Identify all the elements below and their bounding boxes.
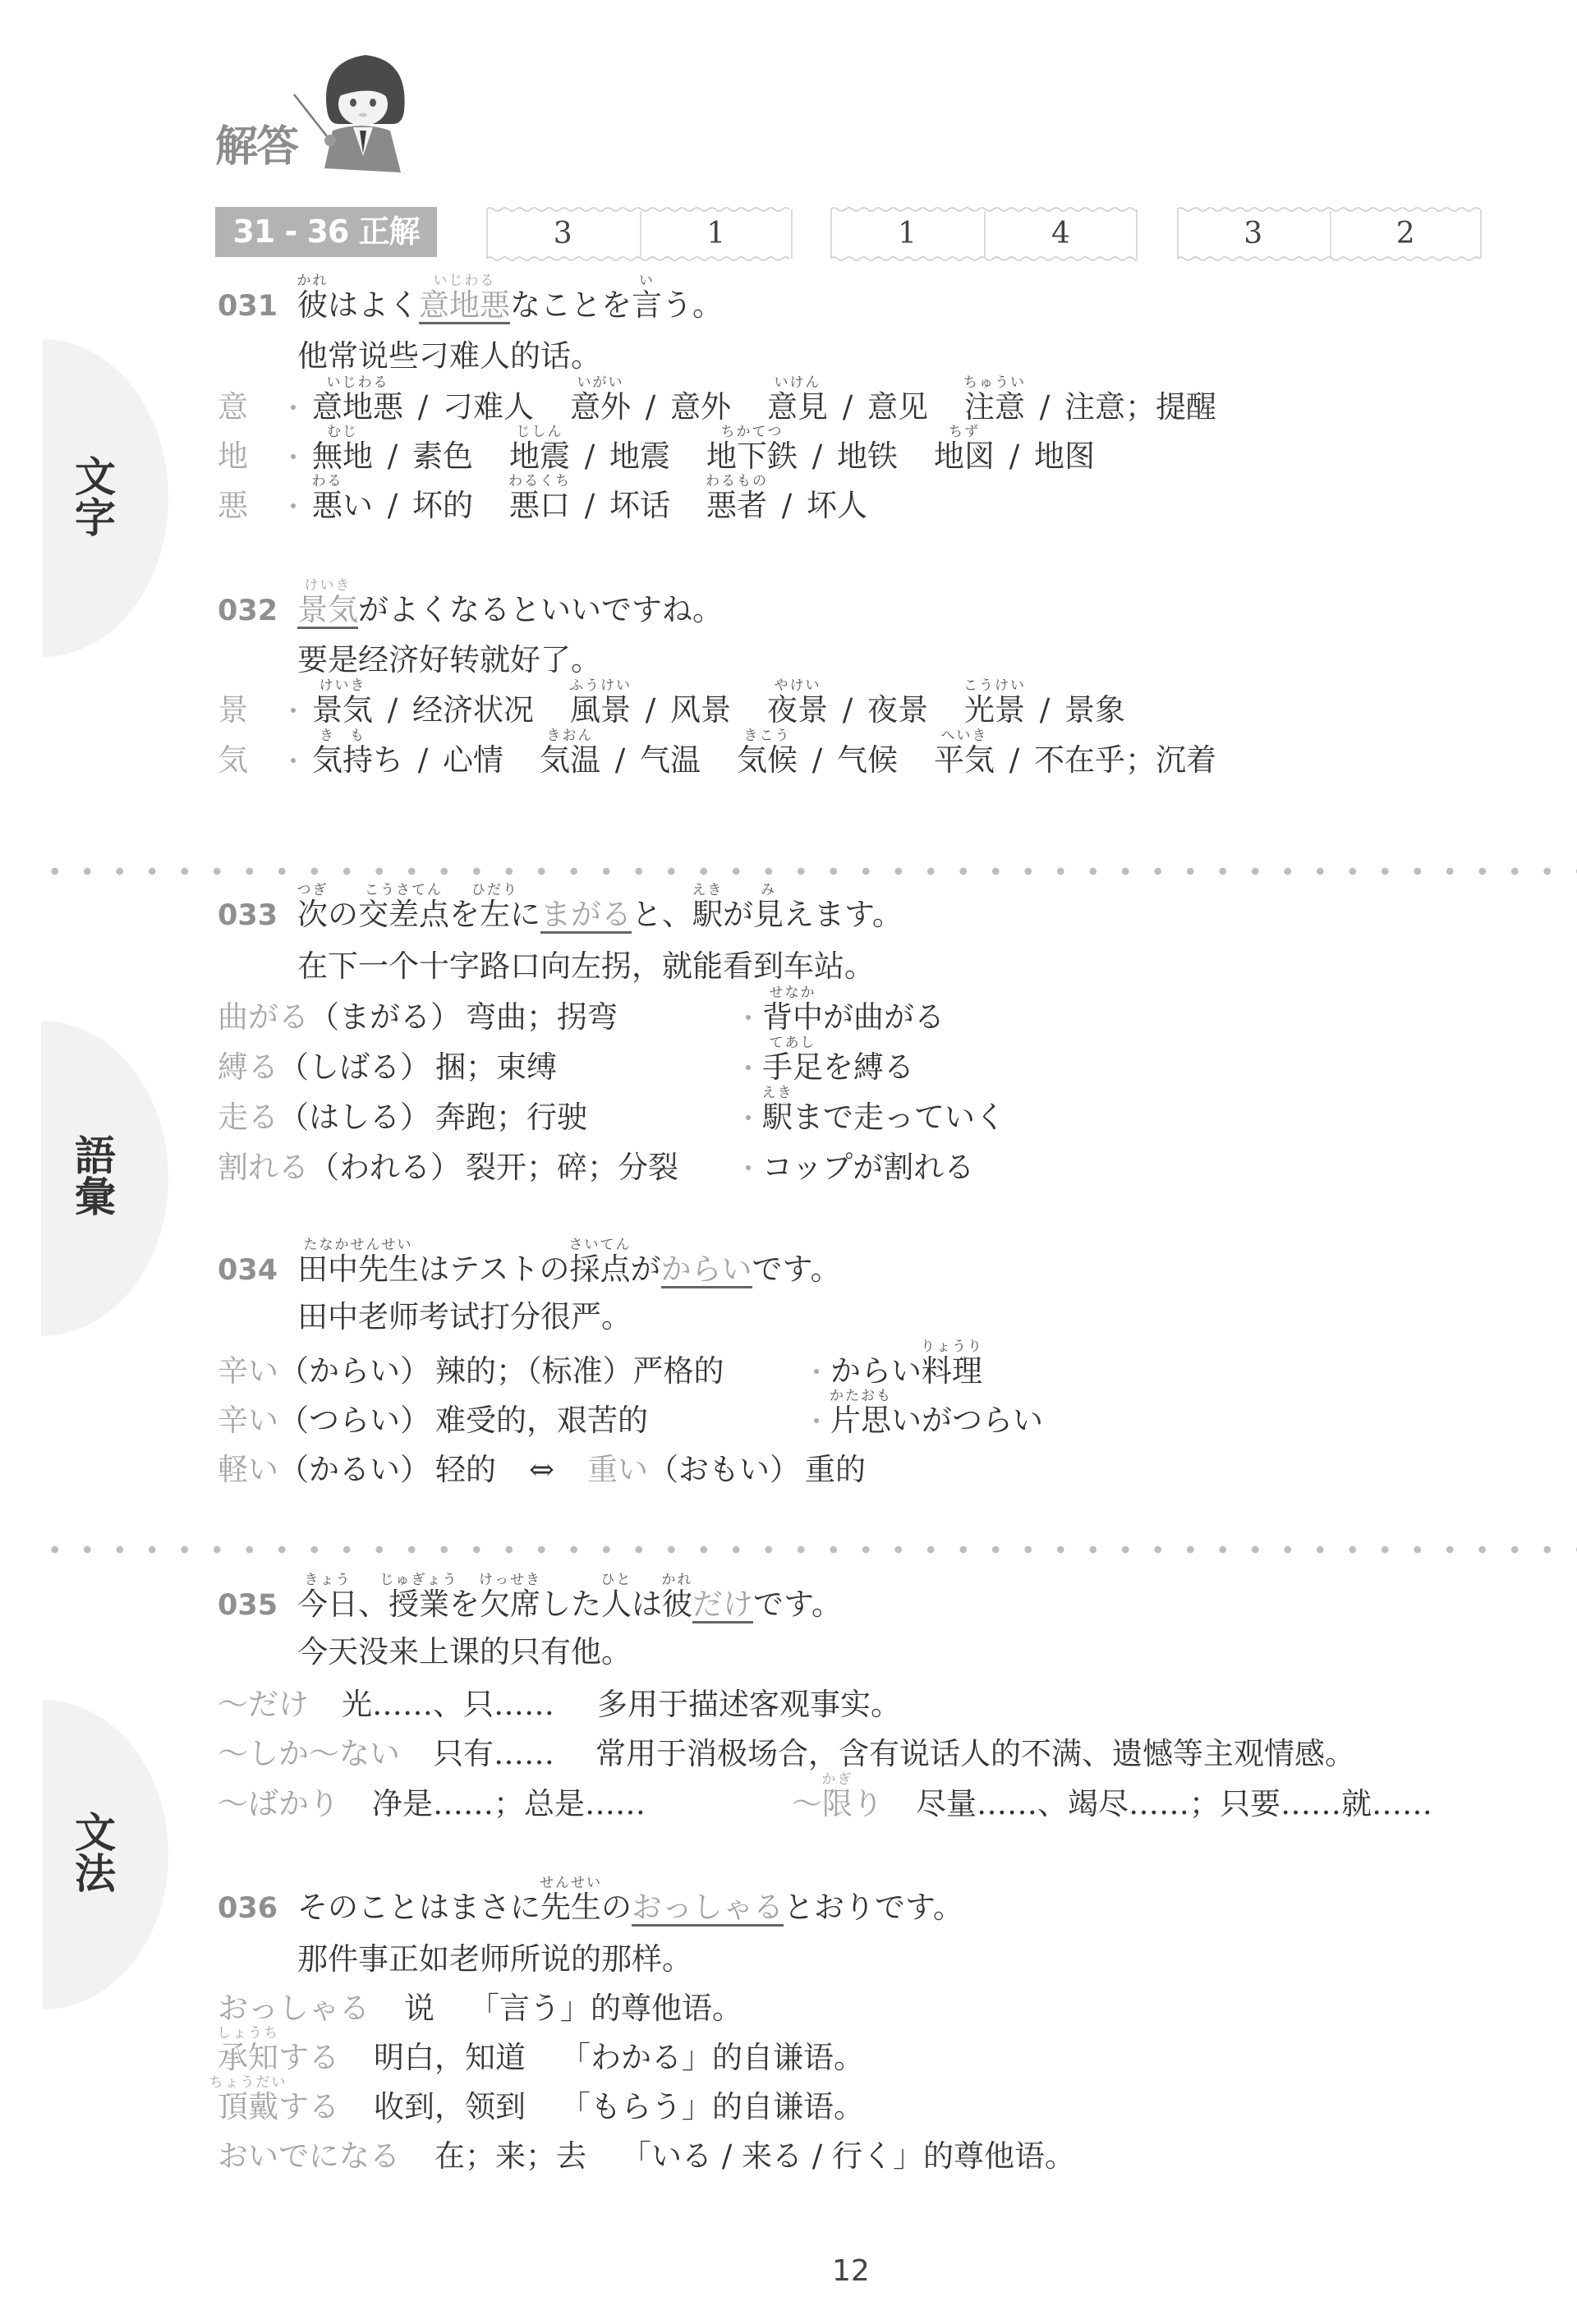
grammar-gloss: 光……、只…… [342,1687,554,1722]
ruby-word: 人ひと [601,1588,632,1621]
base-text: 採点 [570,1252,631,1287]
vocab-item: 地図ちず / 地图 [934,439,1095,474]
vocab-word: 曲がる [218,999,309,1035]
ruby-word: 注意ちゅうい [964,391,1025,424]
question-number: 031 [218,290,278,323]
target-word: 景気けいき [297,594,358,627]
base-text: 注意 [964,389,1025,425]
answer-key-label: 31 - 36 正解 [215,207,437,257]
base-text: 地下鉄 [706,439,798,474]
ruby-word: 片思かたおも [830,1404,891,1437]
base-text: だけ [692,1587,753,1622]
bullet-icon [746,1115,751,1120]
base-text: 今日 [297,1587,358,1622]
base-text: 手足 [762,1049,823,1085]
side-tab-vocabulary: 語彙 [71,1134,113,1216]
teacher-illustration-icon [287,45,419,181]
furigana: ふうけい [560,678,641,693]
bullet-icon [746,1015,751,1020]
text-segment: とおりです。 [784,1890,963,1925]
base-text: 景気 [312,692,373,728]
ruby-word: 気き [312,744,343,777]
ruby-word: 風景ふうけい [570,694,631,727]
vocab-item: 景気けいき / 经济状况 [312,692,534,728]
text-segment: / 气候 [798,742,898,778]
vocab-reading: （かるい） [278,1452,430,1487]
ruby-word: 手足てあし [762,1051,823,1084]
text-segment: / 不在乎；沉着 [995,742,1216,778]
furigana: きこう [727,728,807,743]
ruby-word: 採点さいてん [570,1253,631,1286]
example-text: からい料理りょうり [830,1355,982,1388]
text-segment: い / 坏的 [343,488,473,523]
bullet-icon [291,758,296,763]
text-segment: / 注意；提醒 [1025,389,1216,425]
vocab-items: 意地悪いじわる / 刁难人意外いがい / 意外意見いけん / 意见注意ちゅうい … [312,391,1253,424]
vocab-items: 悪わるい / 坏的悪口わるくち / 坏话悪者わるもの / 坏人 [312,489,903,522]
text-segment: 、 [358,1587,389,1622]
base-text: 意見 [767,389,828,425]
ruby-word: 悪口わるくち [509,489,570,522]
honorific-note: 「いる / 来る / 行く」的尊他语。 [621,2138,1075,2174]
honorific-row: 承知しょうちする明白，知道「わかる」的自谦语。 [218,2042,864,2074]
ruby-word: 悪者わるもの [706,489,767,522]
furigana: いじわる [409,273,520,288]
vocab-row: 軽い（かるい）轻的⇔重い（おもい）重的 [218,1454,866,1486]
base-text: からい [661,1252,752,1287]
text-segment: は [632,1587,662,1622]
vocab-reading: （はしる） [278,1100,430,1135]
answer-035: 3 [1177,205,1330,263]
ruby-word: 田中先生たなかせんせい [297,1253,419,1286]
base-text: 見 [753,897,784,932]
target-word: だけ [692,1588,753,1621]
grammar-alt: ～限かぎり尽量……、竭尽……；只要……就…… [792,1788,1432,1821]
honorific-word: おいでになる [218,2138,400,2174]
furigana: かたおも [821,1389,901,1403]
ruby-word: 景気けいき [312,694,373,727]
text-segment: ～ [792,1786,822,1821]
honorific-note: 「言う」的尊他语。 [469,1991,743,2026]
grammar-note: 常用于消极场合，含有说话人的不满、遗憾等主观情感。 [595,1738,1355,1771]
vocab-row: 走る（はしる）奔跑；行驶 駅えきまで走っていく [218,1101,587,1134]
vocab-items: 無地むじ / 素色地震じしん / 地震地下鉄ちかてつ / 地铁地図ちず / 地图 [312,440,1131,473]
base-text: 意外 [570,389,631,425]
vocab-item: 風景ふうけい / 风景 [570,692,731,728]
furigana: つぎ [287,883,338,898]
furigana: えき [683,883,733,898]
text-segment: です。 [752,1252,841,1287]
ruby-word: 意地悪いじわる [312,391,403,424]
ruby-word: 言い [632,289,662,322]
ruby-word: 今日きょう [297,1588,358,1621]
bullet-icon [291,503,296,508]
vocab-reading: （まがる） [309,999,461,1035]
furigana: けいき [287,578,368,593]
furigana: こうさてん [348,883,459,898]
vocab-item: 意地悪いじわる / 刁难人 [312,389,534,425]
furigana: かれ [652,1573,702,1587]
honorific-meaning: 说 [404,1991,434,2026]
ruby-word: 左ひだり [480,898,510,931]
ruby-word: 授業じゅぎょう [389,1588,449,1621]
furigana: きおん [530,728,610,743]
antonym-arrow-icon: ⇔ [529,1452,554,1487]
vocab-word: 軽い [218,1452,278,1487]
honorific-word: おっしゃる [218,1991,370,2026]
text-segment: / 景象 [1025,692,1125,728]
ruby-word: 意外いがい [570,391,631,424]
grammar-pattern-2: ～限かぎり [792,1786,883,1821]
kanji-label: 意 [218,391,248,424]
answer-group-2: 1 4 [830,205,1138,263]
base-text: 駅 [692,897,723,932]
vocab-word: 走る [218,1100,278,1135]
furigana: み [743,883,793,898]
target-word: からい [661,1253,752,1286]
text-segment: コップが割れる [762,1150,974,1185]
furigana: ひだり [470,883,520,898]
base-text: 授業 [389,1587,449,1622]
ruby-word: 意見いけん [767,391,828,424]
base-text: 頂戴 [218,2089,278,2124]
furigana: ちゅうい [954,375,1035,390]
grammar-row: ～だけ光……、只…… 多用于描述客观事实。 [218,1688,554,1721]
vocab-item: 地下鉄ちかてつ / 地铁 [706,439,898,474]
vocab-item: 無地むじ / 素色 [312,439,473,474]
ruby-word: 地震じしん [509,440,570,473]
furigana: ちかてつ [697,425,807,439]
ruby-word: 持も [343,744,373,777]
vocab-meaning: 裂开；碎；分裂 [466,1150,678,1185]
vocab-item: 気候きこう / 气候 [737,742,898,778]
vocab-row: 縛る（しばる）捆；束缚 手足てあしを縛る [218,1051,557,1084]
question-number: 032 [218,595,278,627]
vocab-reading: （しばる） [278,1049,430,1085]
example-text: 片思かたおもいがつらい [830,1404,1043,1437]
base-text: 気候 [737,742,798,778]
ruby-word: 地図ちず [934,440,995,473]
antonym-reading: （おもい） [648,1452,800,1487]
vocab-row: 辛い（からい）辣的；（标准）严格的 からい料理りょうり [218,1355,724,1388]
vocab-item: 悪わるい / 坏的 [312,488,473,523]
grammar-gloss-2: 尽量……、竭尽……；只要……就…… [916,1786,1432,1821]
ruby-word: 駅えき [762,1101,793,1134]
vocab-item: 光景こうけい / 景象 [964,692,1125,728]
translation: 他常说些刁难人的话。 [297,340,601,373]
furigana: けっせき [470,1573,550,1587]
base-text: 次 [297,897,328,932]
grammar-row: ～しか～ない只有…… 常用于消极场合，含有说话人的不满、遗憾等主观情感。 [218,1738,554,1771]
vocab-item: 注意ちゅうい / 注意；提醒 [964,389,1216,425]
grammar-pattern: ～しか～ない [218,1736,400,1771]
base-text: 夜景 [767,692,828,728]
vocab-item: 気温きおん / 气温 [540,742,701,778]
vocab-row: 辛い（つらい）难受的，艰苦的 片思かたおもいがつらい [218,1404,648,1437]
text-segment: からい [830,1353,922,1389]
furigana: きょう [287,1573,368,1587]
base-text: 片思 [830,1403,891,1438]
base-text: 彼 [662,1587,692,1622]
example-text: 駅えきまで走っていく [762,1101,1005,1134]
question-sentence: 次つぎの交差点こうさてんを左ひだりにまがると、駅えきが見みえます。 [297,898,903,931]
text-segment: / 素色 [373,439,473,474]
base-text: 欠席 [480,1587,540,1622]
question-sentence: そのことはまさに先生せんせいのおっしゃるとおりです。 [297,1891,963,1924]
answer-group-3: 3 2 [1177,205,1482,263]
text-segment: / 意见 [828,389,928,425]
base-text: 地図 [934,439,995,474]
text-segment: が [723,897,753,932]
text-segment: する [278,2040,339,2075]
text-segment: / 意外 [631,389,731,425]
furigana: い [622,273,672,288]
text-segment: / 夜景 [828,692,928,728]
vocab-reading: （われる） [309,1150,461,1185]
question-sentence: 田中先生たなかせんせいはテストの採点さいてんがからいです。 [297,1253,841,1286]
question-sentence: 彼かれはよく意地悪いじわるなことを言いう。 [297,289,723,322]
vocab-word: 辛い [218,1353,278,1389]
vocab-item: 悪口わるくち / 坏话 [509,488,670,523]
question-number: 036 [218,1892,278,1925]
furigana: わる [302,474,352,489]
vocab-word: 縛る [218,1049,278,1085]
ruby-word: 光景こうけい [964,694,1025,727]
base-text: 光景 [964,692,1025,728]
ruby-word: 見み [753,898,784,931]
base-text: 意地悪 [312,389,403,425]
vocab-items: 気き持もち / 心情気温きおん / 气温気候きこう / 气候平気へいき / 不在… [312,744,1253,777]
base-text: まがる [540,897,632,932]
base-text: おっしゃる [632,1890,784,1925]
base-text: 悪 [312,488,343,523]
base-text: 意地悪 [419,287,510,323]
text-segment: / 地图 [995,439,1095,474]
honorific-row: おっしゃる说「言う」的尊他语。 [218,1992,743,2025]
text-segment: り [853,1786,883,1821]
honorific-meaning: 在；来；去 [434,2138,586,2174]
bullet-icon [291,405,296,410]
textbook-page: 解答 31 - 36 正解 3 1 1 [0,0,1577,2324]
honorific-meaning: 收到，领到 [374,2089,526,2124]
bullet-icon [814,1369,819,1374]
vocab-reading: （つらい） [278,1403,430,1438]
base-text: 限 [822,1786,853,1821]
question-number: 035 [218,1589,278,1622]
vocab-item: 夜景やけい / 夜景 [767,692,928,728]
furigana: へいき [924,728,1005,743]
text-segment: です。 [753,1587,842,1622]
furigana: いけん [757,375,838,390]
text-segment: / 风景 [631,692,731,728]
base-text: 気温 [540,742,600,778]
text-segment: を [449,1587,480,1622]
text-segment: いがつらい [891,1403,1043,1438]
furigana: せんせい [531,1876,611,1890]
vocab-item: 地震じしん / 地震 [509,439,670,474]
bullet-icon [291,708,296,713]
answer-034: 4 [984,205,1138,263]
antonym-word: 重い [587,1452,648,1487]
vocab-meaning: 轻的 [435,1452,496,1487]
base-text: 料理 [922,1353,982,1389]
text-segment: の [328,897,358,932]
furigana: いがい [560,375,641,390]
furigana: けいき [302,678,383,693]
text-segment: / 坏话 [570,488,670,523]
base-text: 平気 [934,742,995,778]
base-text: 地震 [509,439,570,474]
furigana: かぎ [812,1772,862,1787]
target-word: 意地悪いじわる [419,289,510,322]
side-tab-grammar: 文法 [71,1811,113,1893]
bullet-icon [746,1065,751,1070]
base-text: 先生 [540,1890,601,1925]
text-segment: はテストの [419,1252,570,1287]
ruby-word: 頂戴ちょうだい [218,2091,278,2124]
base-text: 風景 [570,692,631,728]
bullet-icon [814,1418,819,1423]
base-text: 無地 [312,439,373,474]
furigana: えき [752,1086,802,1100]
section-title: 解答 [215,123,297,171]
base-text: 人 [601,1587,632,1622]
text-segment: の [601,1890,632,1925]
furigana: こうけい [954,678,1035,693]
text-segment: う。 [662,287,723,323]
text-segment: する [278,2089,339,2124]
text-segment: を [449,897,480,932]
grammar-pattern: ～だけ [218,1687,309,1722]
furigana: りょうり [912,1339,992,1354]
answer-032: 1 [640,205,793,263]
base-text: 左 [480,897,510,932]
furigana: てあし [752,1036,833,1050]
ruby-word: 彼かれ [662,1588,692,1621]
ruby-word: 限かぎ [822,1788,853,1821]
vocab-word: 辛い [218,1403,278,1438]
text-segment: / 气温 [600,742,701,778]
vocab-item: 気き持もち / 心情 [312,742,503,778]
furigana: わるくち [499,474,580,489]
furigana: いじわる [302,375,413,390]
furigana: やけい [757,678,838,693]
text-segment: に [510,897,540,932]
base-text: 景気 [297,592,358,627]
target-word: まがる [540,898,632,931]
furigana: たなかせんせい [287,1238,429,1252]
honorific-word: 承知しょうちする [218,2040,339,2075]
honorific-word: 頂戴ちょうだいする [218,2089,339,2124]
base-text: 背中 [762,999,823,1035]
honorific-note: 「わかる」的自谦语。 [560,2040,864,2075]
text-segment: まで走っていく [793,1100,1005,1135]
ruby-word: 承知しょうち [218,2042,278,2074]
text-segment: を縛る [823,1049,914,1085]
ruby-word: 先生せんせい [540,1891,601,1924]
grammar-row: ～ばかり净是……；总是…… ～限かぎり尽量……、竭尽……；只要……就…… [218,1788,646,1821]
text-segment: はよく [328,287,419,323]
text-segment: おいでになる [218,2138,400,2174]
translation: 在下一个十字路口向左拐，就能看到车站。 [297,950,875,983]
ruby-word: 背中せなか [762,1001,823,1034]
example-text: 背中せなかが曲がる [762,1001,945,1034]
dotted-divider [39,1545,1577,1555]
ruby-word: 次つぎ [297,898,328,931]
translation: 今天没来上课的只有他。 [297,1636,632,1669]
ruby-word: 悪わる [312,489,343,522]
honorific-row: おいでになる在；来；去「いる / 来る / 行く」的尊他语。 [218,2140,1075,2173]
base-text: 悪口 [509,488,570,523]
example-text: 手足てあしを縛る [762,1051,914,1084]
base-text: 悪者 [706,488,767,523]
translation: 那件事正如老师所说的那样。 [297,1943,692,1976]
honorific-row: 頂戴ちょうだいする收到，领到「もらう」的自谦语。 [218,2091,864,2124]
question-number: 033 [218,899,278,932]
vocab-item: 平気へいき / 不在乎；沉着 [934,742,1216,778]
answer-036: 2 [1330,205,1483,263]
kanji-label: 景 [218,694,248,727]
furigana: むじ [302,425,383,439]
furigana: ちず [924,425,1005,439]
vocab-item: 悪者わるもの / 坏人 [706,488,867,523]
text-segment: おっしゃる [218,1991,370,2026]
vocab-item: 意外いがい / 意外 [570,389,731,425]
dotted-divider [39,866,1577,876]
furigana: さいてん [560,1238,641,1252]
text-segment: が曲がる [823,999,945,1035]
vocab-word: 割れる [218,1150,309,1185]
ruby-word: 気温きおん [540,744,600,777]
base-text: 承知 [218,2040,278,2075]
furigana: ちょうだい [208,2075,288,2090]
ruby-word: 駅えき [692,898,723,931]
text-segment: がよくなるといいですね。 [358,592,723,627]
kanji-label: 地 [218,440,248,473]
ruby-word: 夜景やけい [767,694,828,727]
ruby-word: 交差点こうさてん [358,898,449,931]
furigana: わるもの [697,474,777,489]
vocab-row: 割れる（われる）裂开；碎；分裂 コップが割れる [218,1151,678,1184]
furigana: かれ [287,273,338,288]
page-number: 12 [832,2255,870,2288]
vocab-meaning: 捆；束缚 [435,1049,557,1085]
grammar-gloss: 净是……；总是…… [372,1786,646,1821]
base-text: 駅 [762,1100,793,1135]
vocab-item: 意見いけん / 意见 [767,389,928,425]
text-segment: / 坏人 [767,488,867,523]
bullet-icon [291,454,296,459]
kanji-label: 悪 [218,489,248,522]
furigana: じしん [499,425,580,439]
base-text: 持 [343,742,373,778]
text-segment: なことを [510,287,632,323]
text-segment: ち / 心情 [373,742,503,778]
example-text: コップが割れる [762,1151,974,1184]
base-text: 交差点 [358,897,449,932]
vocab-meaning: 弯曲；拐弯 [466,999,618,1035]
text-segment: えます。 [784,897,903,932]
furigana: じゅぎょう [379,1573,459,1587]
base-text: 言 [632,287,662,323]
ruby-word: 気候きこう [737,744,798,777]
translation: 要是经济好转就好了。 [297,644,601,677]
grammar-gloss: 只有…… [433,1736,554,1771]
furigana: ひと [591,1573,641,1587]
text-segment: / 刁难人 [403,389,534,425]
text-segment: / 地震 [570,439,670,474]
question-sentence: 景気けいきがよくなるといいですね。 [297,594,723,627]
